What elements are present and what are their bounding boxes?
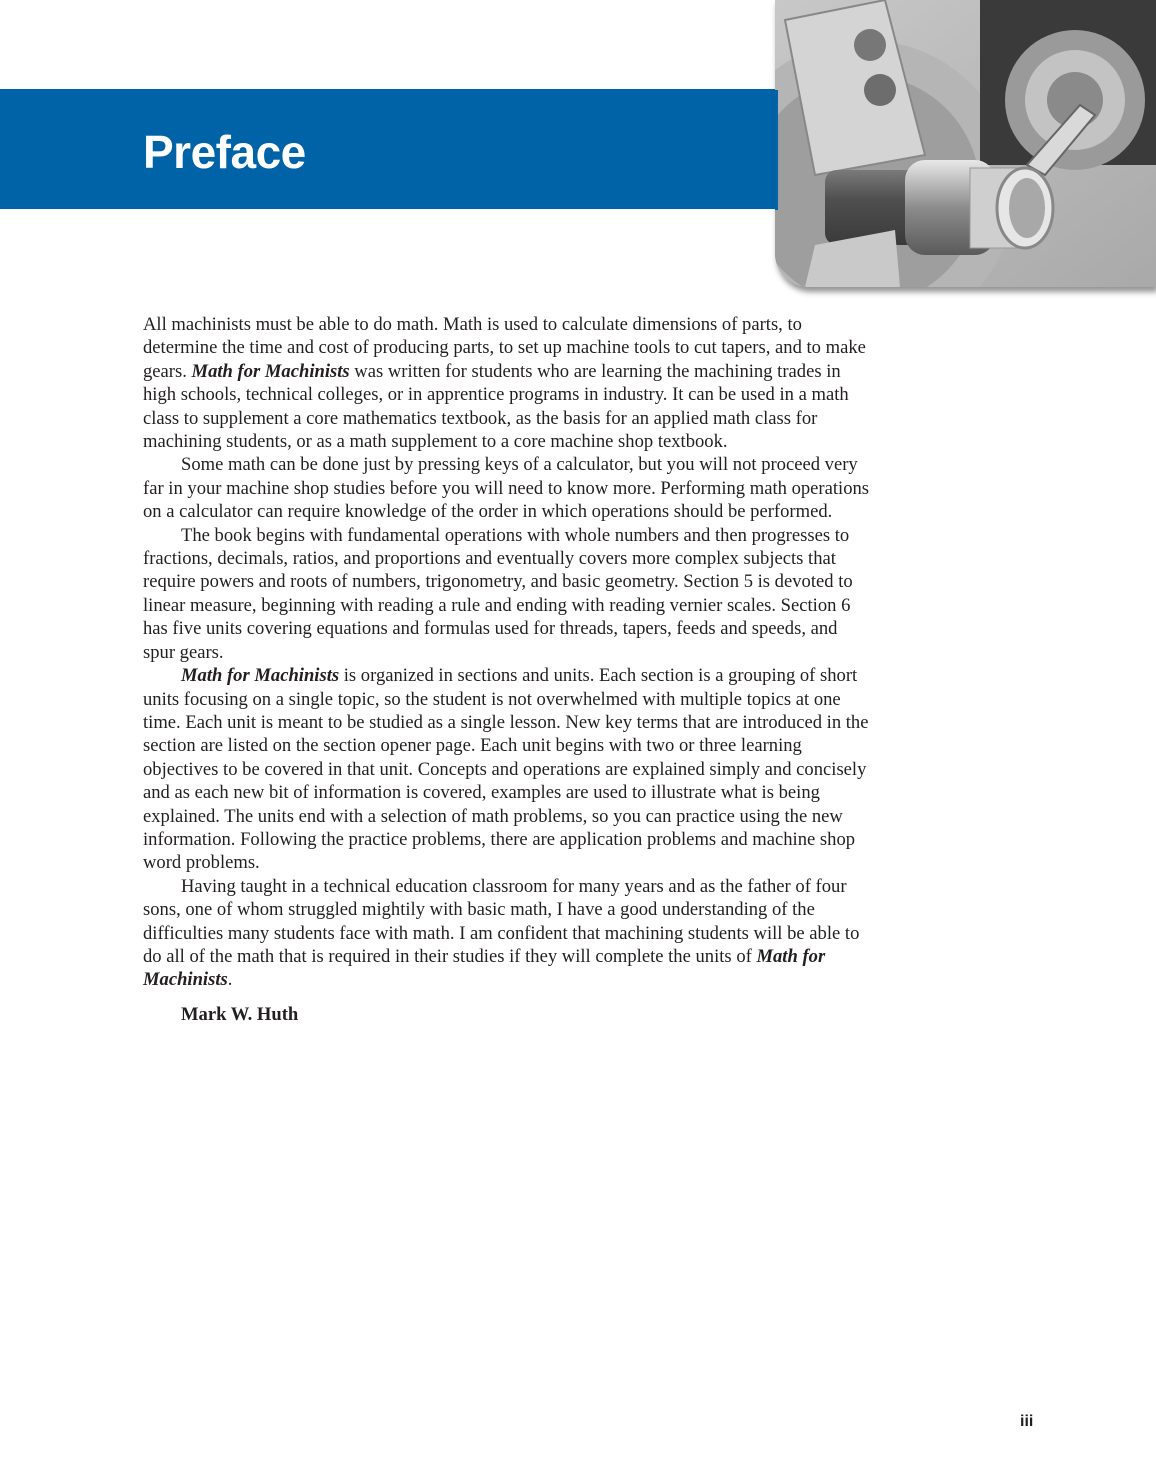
book-title-emphasis: Math for Machinists: [192, 361, 350, 382]
paragraph-text: .: [228, 969, 233, 990]
paragraph-text: is organized in sections and units. Each…: [143, 665, 868, 873]
machining-lathe-photo-icon: [775, 0, 1156, 287]
header-photo: [775, 0, 1156, 287]
book-title-emphasis: Math for Machinists: [181, 665, 339, 686]
title-banner: [0, 89, 800, 209]
author-signature: Mark W. Huth: [143, 1003, 873, 1026]
paragraph-text: Having taught in a technical education c…: [143, 876, 859, 967]
paragraph: Having taught in a technical education c…: [143, 875, 873, 992]
page-number: iii: [1020, 1413, 1033, 1431]
paragraph: All machinists must be able to do math. …: [143, 313, 873, 453]
paragraph: Math for Machinists is organized in sect…: [143, 664, 873, 875]
paragraph: Some math can be done just by pressing k…: [143, 453, 873, 523]
page-title: Preface: [143, 124, 306, 180]
paragraph: The book begins with fundamental operati…: [143, 524, 873, 664]
preface-body: All machinists must be able to do math. …: [143, 313, 873, 1026]
